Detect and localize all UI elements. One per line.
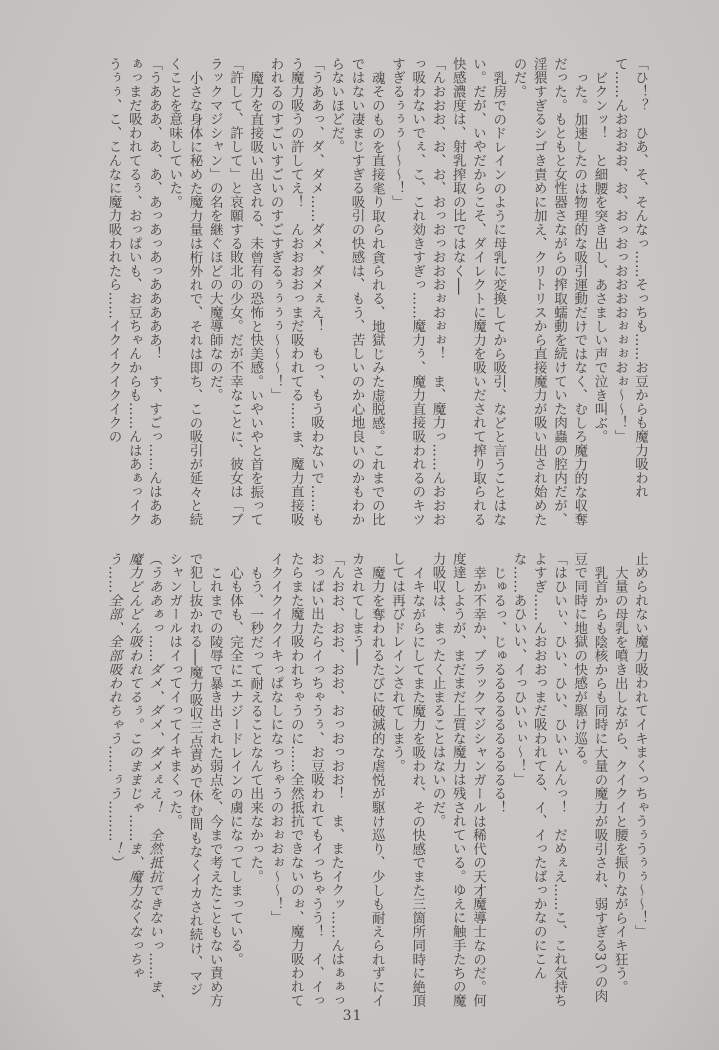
paragraph: 「ひ！？ ひあ、そ、そんなっ……そっちも……お豆からも魔力吸われて……んおおおお…: [610, 57, 651, 539]
paragraph: 心も体も、完全にエナジードレインの虜になってしまっている。: [225, 552, 245, 1010]
text-block-bottom: 止められない魔力吸われてイキまくっちゃうぅうぅぅ～～！」 大量の母乳を噴き出しな…: [62, 552, 650, 1010]
paragraph: った。加速したのは物理的な吸引運動だけではなく、むしろ魔力的な収奪だった。もとも…: [508, 57, 589, 539]
inner-thought-paragraph: （うああぁっ……ダメ、ダメ、ダメぇえ！ 全然抵抗できないっ……ま、魔力どんどん吸…: [103, 552, 164, 1010]
paragraph: 魔力を直接吸い出される、未曾有の恐怖と快美感。いやいやと首を振って「許して、許し…: [205, 57, 266, 539]
paragraph: これまでの陵辱で暴き出された弱点を、今まで考えたこともない責め方で犯し抜かれる─…: [164, 552, 225, 1010]
paragraph: 「うああっ、ダ、ダメ……ダメ、ダメぇえ！ もっ、もう吸わないで……もう魔力吸うの…: [265, 57, 326, 539]
paragraph: 「んおおお、お、お、おっおっおおおぉおぉぉ！ ま、魔力っ……んおおおっ吸わないで…: [387, 57, 448, 539]
paragraph: ビクンッ！ と細腰を突き出し、あさましい声で泣き叫ぶ。: [589, 57, 609, 539]
paragraph: 「んおお、おお、おお、おっおっおお！ ま、またイクッ……んはぁぁっおっぱい出たら…: [265, 552, 346, 1010]
paragraph: 大量の母乳を噴き出しながら、クイクイと腰を振りながらイキ狂う。: [610, 552, 630, 1010]
paragraph: 魔力を奪われるたびに破滅的な虐悦が駆け巡り、少しも耐えられずにイカされてしまう─…: [346, 552, 387, 1010]
paragraph: じゅるっ、じゅるるるるるるるるるる！: [488, 552, 508, 1010]
page-number: 31: [0, 1008, 705, 1024]
paragraph: 乳房でのドレインのように母乳に変換してから吸引、などと言うことはない。だが、いや…: [448, 57, 509, 539]
paragraph: 「はひいぃ、ひい、ひい、ひいぃんんっ！ だめぇえ……こ、これ気持ちよすぎ……んお…: [508, 552, 569, 1010]
paragraph: 「うあああ、あ、あ、あっあっあっあああああ！ す、すごっ……んはああぁっまだ吸わ…: [103, 57, 164, 539]
paragraph: 小さな身体に秘めた魔力量は桁外れで、それは即ち、この吸引が延々と続くことを意味し…: [164, 57, 205, 539]
paragraph: 止められない魔力吸われてイキまくっちゃうぅうぅぅ～～！」: [630, 552, 650, 1010]
paragraph: 乳首からも陰核からも同時に大量の魔力が吸引され、弱すぎる3つの肉豆で同時に地獄の…: [569, 552, 610, 1010]
paragraph: もう、一秒だって耐えることなんて出来なかった。: [245, 552, 265, 1010]
text-block-top: 「ひ！？ ひあ、そ、そんなっ……そっちも……お豆からも魔力吸われて……んおおおお…: [62, 57, 650, 539]
paragraph: 幸か不幸か、ブラックマジシャンガールは稀代の天才魔導士なのだ。何度達しようが、ま…: [427, 552, 488, 1010]
paragraph: 魂そのものを直接毟り取られ貪られる、地獄じみた虚脱感。これまでの比ではない凄まじ…: [326, 57, 387, 539]
scanned-novel-page: 「ひ！？ ひあ、そ、そんなっ……そっちも……お豆からも魔力吸われて……んおおおお…: [0, 0, 719, 1050]
paragraph: イキながらにしてまた魔力を吸われ、その快感でまた三箇所同時に絶頂しては再びドレイ…: [387, 552, 428, 1010]
